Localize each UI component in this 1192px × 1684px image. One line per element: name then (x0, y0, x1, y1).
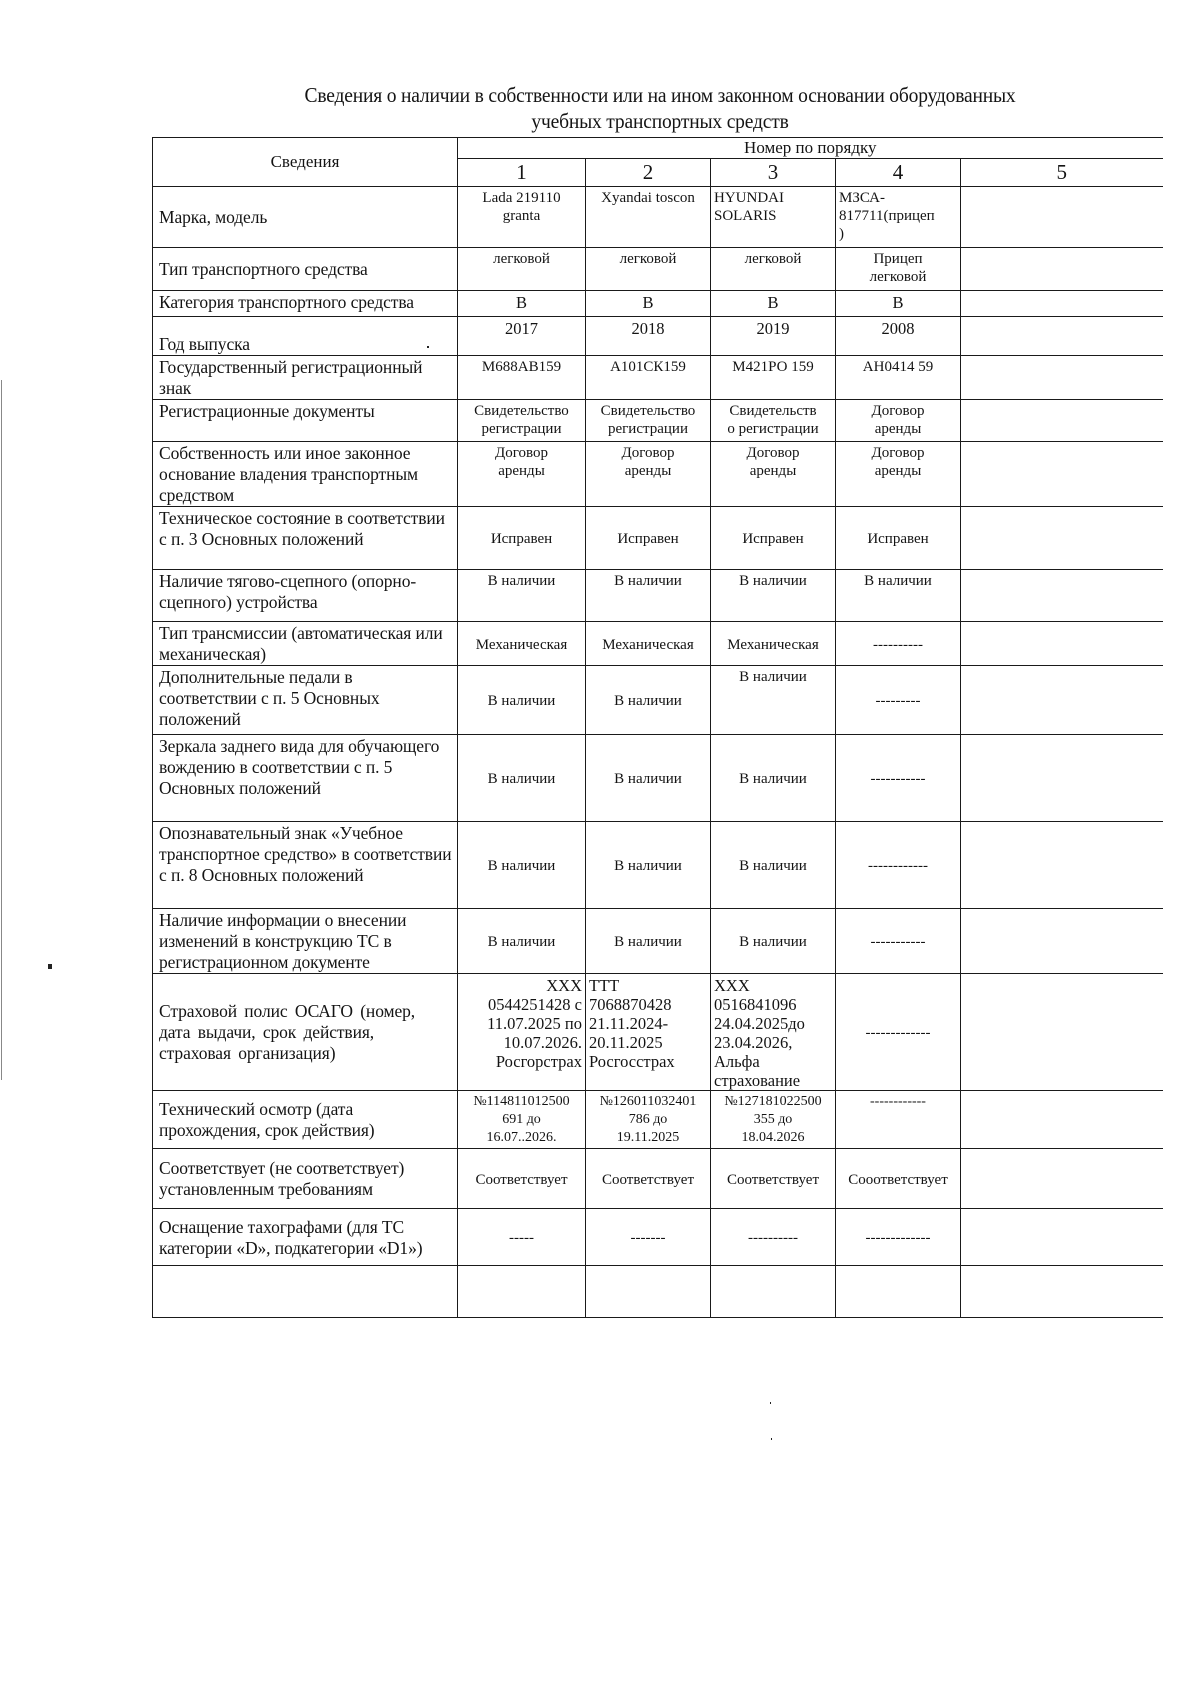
table-row: Марка, модельLada 219110 grantaXyandai t… (153, 187, 1163, 248)
vehicle-5-cell (961, 974, 1163, 1091)
vehicle-2-cell: А101СК159 (586, 356, 711, 400)
row-label: Оснащение тахографами (для ТС категории … (153, 1209, 458, 1266)
row-label: Зеркала заднего вида для обучающего вожд… (153, 735, 458, 822)
vehicle-2-cell: В наличии (586, 666, 711, 735)
vehicle-4-cell: ------------ (836, 822, 961, 909)
table-row: Год выпуска2017201820192008 (153, 317, 1163, 356)
vehicle-2-cell (586, 1266, 711, 1318)
vehicle-4-cell: АН0414 59 (836, 356, 961, 400)
vehicle-4-cell: ----------- (836, 735, 961, 822)
vehicle-5-cell (961, 666, 1163, 735)
table-row: Техническое состояние в соответствии с п… (153, 507, 1163, 570)
scan-speck (48, 964, 52, 969)
vehicle-3-cell: В наличии (711, 909, 836, 974)
scan-speck (770, 1402, 771, 1404)
label-column-header: Сведения (153, 138, 458, 187)
vehicle-2-cell: В наличии (586, 735, 711, 822)
vehicle-2-cell: Договор аренды (586, 442, 711, 507)
vehicle-4-cell: Исправен (836, 507, 961, 570)
vehicle-1-cell: Свидетельство регистрации (458, 400, 586, 442)
vehicle-3-cell: Договор аренды (711, 442, 836, 507)
scan-speck (427, 346, 429, 348)
vehicle-2-cell: В (586, 291, 711, 317)
vehicle-4-cell: --------- (836, 666, 961, 735)
column-number-1: 1 (458, 159, 586, 187)
vehicle-3-cell: Механическая (711, 622, 836, 666)
row-label: Наличие тягово-сцепного (опорно-сцепного… (153, 570, 458, 622)
table-row: Тип трансмиссии (автоматическая или меха… (153, 622, 1163, 666)
vehicle-5-cell (961, 1209, 1163, 1266)
vehicle-5-cell (961, 1266, 1163, 1318)
vehicle-2-cell: Соответствует (586, 1149, 711, 1209)
vehicle-4-cell: ---------- (836, 622, 961, 666)
vehicle-5-cell (961, 1149, 1163, 1209)
table-row: Опознавательный знак «Учебное транспортн… (153, 822, 1163, 909)
row-label: Тип транспортного средства (153, 248, 458, 291)
scan-margin-line (1, 380, 2, 1080)
vehicle-2-cell: В наличии (586, 909, 711, 974)
vehicle-5-cell (961, 248, 1163, 291)
vehicle-1-cell: Lada 219110 granta (458, 187, 586, 248)
table-row: Наличие тягово-сцепного (опорно-сцепного… (153, 570, 1163, 622)
column-number-5: 5 (961, 159, 1163, 187)
vehicle-1-cell: В наличии (458, 570, 586, 622)
vehicle-2-cell: ------- (586, 1209, 711, 1266)
table-row: Тип транспортного средствалегковойлегков… (153, 248, 1163, 291)
vehicle-1-cell (458, 1266, 586, 1318)
table-row: Собственность или иное законное основани… (153, 442, 1163, 507)
vehicle-3-cell: М421РО 159 (711, 356, 836, 400)
document-title-line-1: Сведения о наличии в собственности или н… (186, 82, 1135, 108)
vehicle-2-cell: №126011032401 786 до 19.11.2025 (586, 1091, 711, 1149)
vehicle-4-cell: МЗСА- 817711(прицеп ) (836, 187, 961, 248)
table-row: Регистрационные документыСвидетельство р… (153, 400, 1163, 442)
sequence-number-header: Номер по порядку (458, 138, 1163, 159)
vehicle-4-cell: Сооответствует (836, 1149, 961, 1209)
vehicles-table: Сведения Номер по порядку 1 2 3 4 5 Марк… (152, 137, 1163, 1318)
vehicle-1-cell: В (458, 291, 586, 317)
vehicle-3-cell: В (711, 291, 836, 317)
vehicle-2-cell: В наличии (586, 822, 711, 909)
vehicle-5-cell (961, 317, 1163, 356)
row-label: Соответствует (не соответствует) установ… (153, 1149, 458, 1209)
row-label: Техническое состояние в соответствии с п… (153, 507, 458, 570)
vehicle-1-cell: XXX 0544251428 с 11.07.2025 по 10.07.202… (458, 974, 586, 1091)
vehicle-4-cell: ------------- (836, 1209, 961, 1266)
vehicle-1-cell: Исправен (458, 507, 586, 570)
vehicle-5-cell (961, 822, 1163, 909)
vehicle-3-cell: легковой (711, 248, 836, 291)
table-row: Технический осмотр (дата прохождения, ср… (153, 1091, 1163, 1149)
vehicle-3-cell: В наличии (711, 666, 836, 735)
document-title-line-2: учебных транспортных средств (186, 108, 1135, 134)
vehicle-4-cell: В (836, 291, 961, 317)
vehicle-1-cell: В наличии (458, 735, 586, 822)
vehicle-4-cell: ------------ (836, 1091, 961, 1149)
vehicle-3-cell: Соответствует (711, 1149, 836, 1209)
vehicle-4-cell: Договор аренды (836, 442, 961, 507)
vehicle-2-cell: легковой (586, 248, 711, 291)
vehicle-5-cell (961, 622, 1163, 666)
vehicle-1-cell: В наличии (458, 909, 586, 974)
column-number-3: 3 (711, 159, 836, 187)
row-label: Наличие информации о внесении изменений … (153, 909, 458, 974)
vehicle-3-cell: В наличии (711, 735, 836, 822)
vehicle-5-cell (961, 570, 1163, 622)
vehicle-2-cell: ТТТ 7068870428 21.11.2024- 20.11.2025 Ро… (586, 974, 711, 1091)
table-row (153, 1266, 1163, 1318)
vehicle-5-cell (961, 735, 1163, 822)
scan-speck (771, 1438, 772, 1440)
vehicle-4-cell: В наличии (836, 570, 961, 622)
vehicle-5-cell (961, 442, 1163, 507)
vehicle-4-cell: Договор аренды (836, 400, 961, 442)
row-label: Технический осмотр (дата прохождения, ср… (153, 1091, 458, 1149)
vehicle-1-cell: М688АВ159 (458, 356, 586, 400)
vehicle-1-cell: В наличии (458, 822, 586, 909)
vehicle-3-cell: Свидетельств о регистрации (711, 400, 836, 442)
vehicle-3-cell: Исправен (711, 507, 836, 570)
vehicle-1-cell: Договор аренды (458, 442, 586, 507)
vehicle-4-cell: ------------- (836, 974, 961, 1091)
vehicle-5-cell (961, 291, 1163, 317)
vehicle-1-cell: Соответствует (458, 1149, 586, 1209)
vehicle-5-cell (961, 400, 1163, 442)
vehicle-3-cell: XXX 0516841096 24.04.2025до 23.04.2026, … (711, 974, 836, 1091)
row-label (153, 1266, 458, 1318)
table-row: Наличие информации о внесении изменений … (153, 909, 1163, 974)
vehicle-3-cell: HYUNDAI SOLARIS (711, 187, 836, 248)
row-label: Государственный регистрационный знак (153, 356, 458, 400)
vehicle-2-cell: 2018 (586, 317, 711, 356)
vehicle-2-cell: Xyandai toscon (586, 187, 711, 248)
vehicle-1-cell: легковой (458, 248, 586, 291)
table-row: Дополнительные педали в соответствии с п… (153, 666, 1163, 735)
vehicle-2-cell: Исправен (586, 507, 711, 570)
vehicle-2-cell: Механическая (586, 622, 711, 666)
vehicle-5-cell (961, 909, 1163, 974)
table-row: Зеркала заднего вида для обучающего вожд… (153, 735, 1163, 822)
row-label: Год выпуска (153, 317, 458, 356)
row-label: Тип трансмиссии (автоматическая или меха… (153, 622, 458, 666)
vehicle-1-cell: ----- (458, 1209, 586, 1266)
row-label: Страховой полис ОСАГО (номер, дата выдач… (153, 974, 458, 1091)
vehicle-4-cell: 2008 (836, 317, 961, 356)
vehicle-1-cell: В наличии (458, 666, 586, 735)
vehicle-5-cell (961, 507, 1163, 570)
vehicle-1-cell: 2017 (458, 317, 586, 356)
table-row: Оснащение тахографами (для ТС категории … (153, 1209, 1163, 1266)
vehicle-3-cell: №127181022500 355 до 18.04.2026 (711, 1091, 836, 1149)
vehicle-2-cell: Свидетельство регистрации (586, 400, 711, 442)
table-row: Соответствует (не соответствует) установ… (153, 1149, 1163, 1209)
vehicle-1-cell: №114811012500 691 до 16.07..2026. (458, 1091, 586, 1149)
table-row: Страховой полис ОСАГО (номер, дата выдач… (153, 974, 1163, 1091)
column-number-2: 2 (586, 159, 711, 187)
row-label: Опознавательный знак «Учебное транспортн… (153, 822, 458, 909)
vehicle-3-cell (711, 1266, 836, 1318)
column-number-4: 4 (836, 159, 961, 187)
table-row: Государственный регистрационный знакМ688… (153, 356, 1163, 400)
vehicle-5-cell (961, 1091, 1163, 1149)
row-label: Марка, модель (153, 187, 458, 248)
vehicle-1-cell: Механическая (458, 622, 586, 666)
row-label: Дополнительные педали в соответствии с п… (153, 666, 458, 735)
vehicle-4-cell: Прицеп легковой (836, 248, 961, 291)
vehicle-5-cell (961, 356, 1163, 400)
vehicle-3-cell: 2019 (711, 317, 836, 356)
row-label: Регистрационные документы (153, 400, 458, 442)
vehicle-3-cell: В наличии (711, 822, 836, 909)
vehicle-4-cell (836, 1266, 961, 1318)
row-label: Категория транспортного средства (153, 291, 458, 317)
vehicle-3-cell: ---------- (711, 1209, 836, 1266)
vehicle-2-cell: В наличии (586, 570, 711, 622)
table-row: Категория транспортного средстваВВВВ (153, 291, 1163, 317)
vehicle-3-cell: В наличии (711, 570, 836, 622)
row-label: Собственность или иное законное основани… (153, 442, 458, 507)
vehicle-5-cell (961, 187, 1163, 248)
vehicle-4-cell: ----------- (836, 909, 961, 974)
